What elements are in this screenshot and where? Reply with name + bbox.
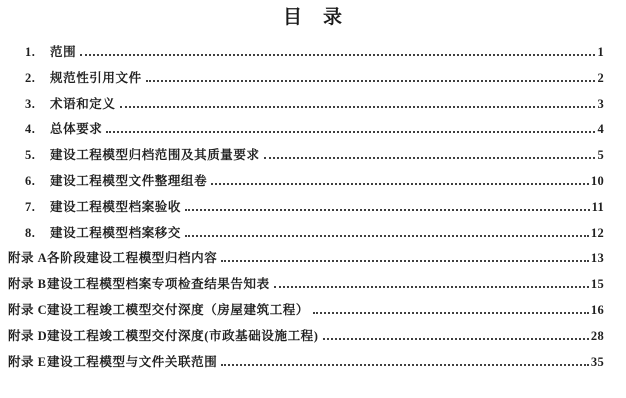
toc-item-page: 11 — [592, 195, 604, 221]
dot-leader — [120, 106, 596, 108]
toc-list: 1. 范围 1 2. 规范性引用文件 2 3. 术语和定义 3 4. 总体要求 … — [0, 40, 604, 375]
toc-row: 7. 建设工程模型档案验收 11 — [0, 195, 604, 221]
toc-row: 8. 建设工程模型档案移交 12 — [0, 221, 604, 247]
toc-item-label: 建设工程模型档案验收 — [50, 195, 181, 221]
toc-item-number: 6. — [25, 169, 50, 195]
toc-item-page: 16 — [591, 298, 604, 324]
toc-item-number: 7. — [25, 195, 50, 221]
toc-row: 附录 A 各阶段建设工程模型归档内容 13 — [0, 246, 604, 272]
toc-item-page: 15 — [591, 272, 604, 298]
toc-item-page: 12 — [591, 221, 604, 247]
toc-item-number: 1. — [25, 40, 50, 66]
dot-leader — [80, 54, 595, 56]
toc-item-label: 规范性引用文件 — [50, 66, 142, 92]
toc-row: 附录 C 建设工程竣工模型交付深度（房屋建筑工程） 16 — [0, 298, 604, 324]
toc-row: 6. 建设工程模型文件整理组卷 10 — [0, 169, 604, 195]
toc-item-page: 28 — [591, 324, 604, 350]
toc-item-label: 建设工程竣工模型交付深度(市政基础设施工程) — [47, 324, 319, 350]
toc-item-number: 附录 D — [8, 324, 47, 350]
toc-item-number: 5. — [25, 143, 50, 169]
toc-item-number: 附录 B — [8, 272, 47, 298]
toc-row: 附录 D 建设工程竣工模型交付深度(市政基础设施工程) 28 — [0, 324, 604, 350]
dot-leader — [146, 80, 596, 82]
dot-leader — [221, 260, 589, 262]
toc-item-label: 术语和定义 — [50, 92, 116, 118]
toc-item-label: 建设工程模型归档范围及其质量要求 — [50, 143, 260, 169]
toc-item-page: 35 — [591, 350, 604, 376]
toc-item-number: 附录 A — [8, 246, 47, 272]
toc-item-number: 2. — [25, 66, 50, 92]
toc-row: 附录 E 建设工程模型与文件关联范围 35 — [0, 350, 604, 376]
toc-row: 1. 范围 1 — [0, 40, 604, 66]
toc-item-number: 附录 C — [8, 298, 47, 324]
toc-item-label: 各阶段建设工程模型归档内容 — [47, 246, 217, 272]
page-title: 目 录 — [0, 6, 626, 30]
dot-leader — [106, 131, 595, 133]
toc-item-label: 建设工程模型档案专项检查结果告知表 — [47, 272, 270, 298]
toc-item-label: 范围 — [50, 40, 76, 66]
toc-row: 附录 B 建设工程模型档案专项检查结果告知表 15 — [0, 272, 604, 298]
document-page: 目 录 1. 范围 1 2. 规范性引用文件 2 3. 术语和定义 3 4. 总… — [0, 0, 626, 398]
toc-item-page: 4 — [597, 117, 604, 143]
toc-item-page: 5 — [597, 143, 604, 169]
toc-row: 2. 规范性引用文件 2 — [0, 66, 604, 92]
toc-item-label: 建设工程竣工模型交付深度（房屋建筑工程） — [47, 298, 309, 324]
toc-item-label: 总体要求 — [50, 117, 102, 143]
toc-item-number: 8. — [25, 221, 50, 247]
dot-leader — [221, 364, 589, 366]
dot-leader — [313, 312, 589, 314]
toc-row: 4. 总体要求 4 — [0, 117, 604, 143]
toc-item-label: 建设工程模型文件整理组卷 — [50, 169, 207, 195]
dot-leader — [323, 338, 589, 340]
toc-item-page: 10 — [591, 169, 604, 195]
dot-leader — [185, 209, 590, 211]
toc-item-number: 附录 E — [8, 350, 47, 376]
toc-item-page: 13 — [591, 246, 604, 272]
dot-leader — [211, 183, 589, 185]
dot-leader — [274, 286, 589, 288]
dot-leader — [185, 235, 589, 237]
dot-leader — [264, 157, 596, 159]
toc-item-number: 3. — [25, 92, 50, 118]
toc-item-label: 建设工程模型与文件关联范围 — [47, 350, 217, 376]
toc-item-label: 建设工程模型档案移交 — [50, 221, 181, 247]
toc-item-page: 3 — [597, 92, 604, 118]
toc-row: 5. 建设工程模型归档范围及其质量要求 5 — [0, 143, 604, 169]
toc-item-number: 4. — [25, 117, 50, 143]
toc-item-page: 1 — [597, 40, 604, 66]
toc-row: 3. 术语和定义 3 — [0, 92, 604, 118]
toc-item-page: 2 — [597, 66, 604, 92]
